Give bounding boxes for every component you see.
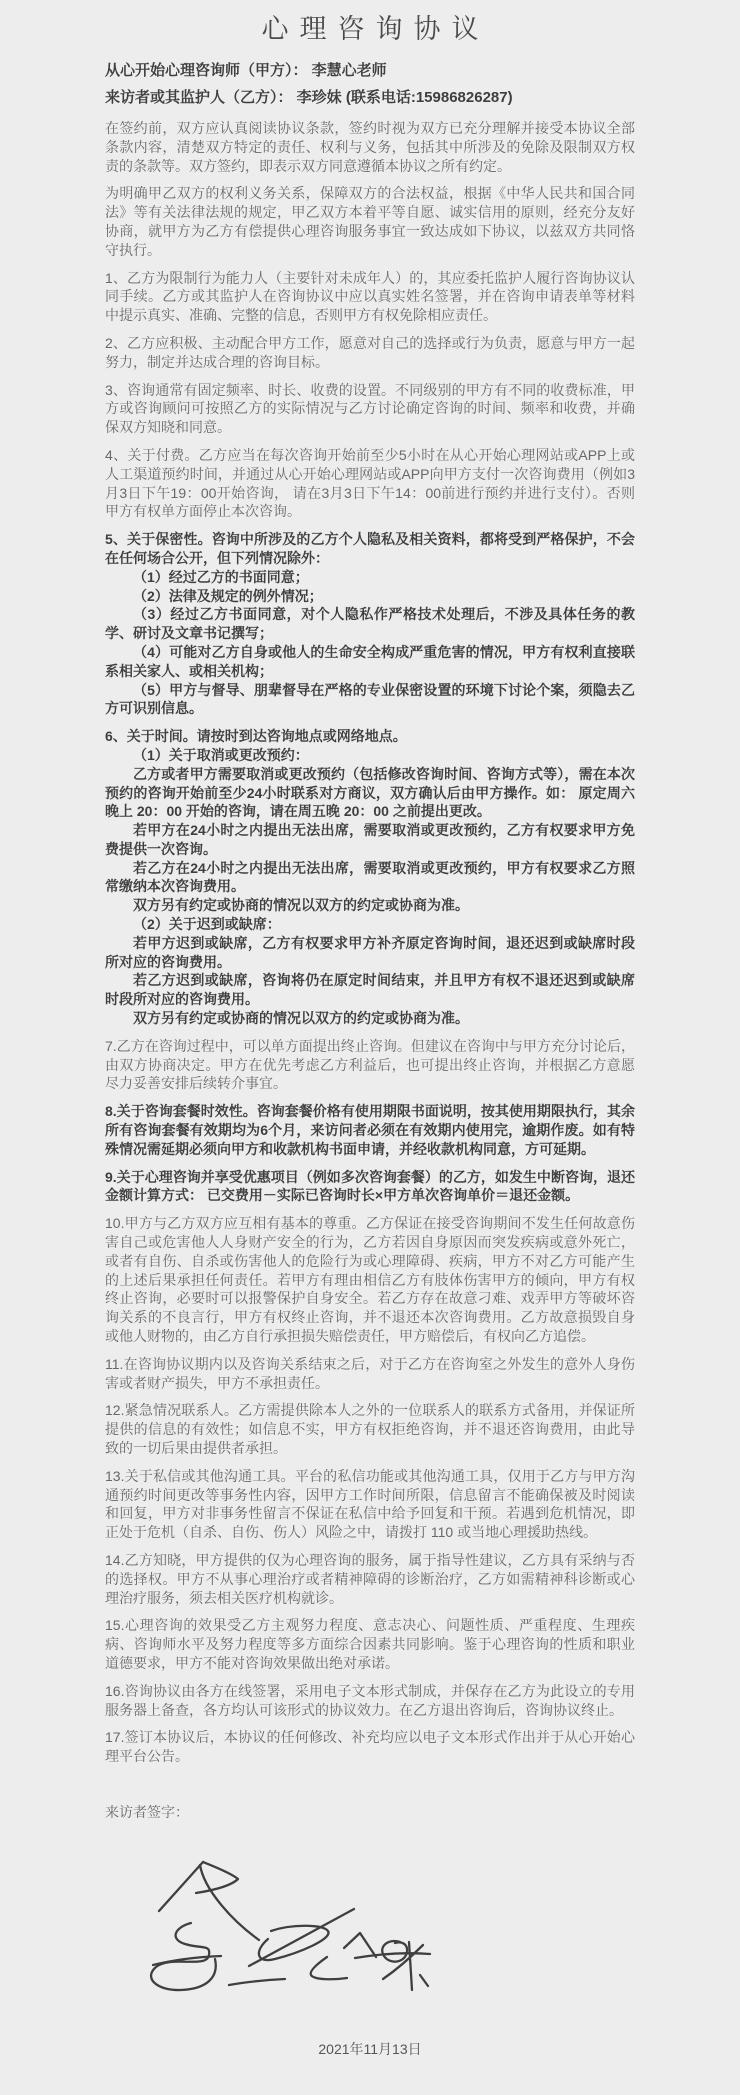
clause-paragraph: 若甲方在24小时之内提出无法出席，需要取消或更改预约，乙方有权要求甲方免费提供一… xyxy=(105,821,635,859)
agreement-body: 从心开始心理咨询师（甲方）： 李慧心老师 来访者或其监护人（乙方）： 李珍妹 (… xyxy=(105,60,635,2059)
clause-block: 1、乙方为限制行为能力人（主要针对未成年人）的，其应委托监护人履行咨询协议认同手… xyxy=(105,269,635,325)
clause-block: 16.咨询协议由各方在线签署，采用电子文本形式制成，并保存在乙方为此设立的专用服… xyxy=(105,1682,635,1720)
clause-paragraph: （1）关于取消或更改预约： xyxy=(105,746,635,765)
clause-paragraph: （4）可能对乙方自身或他人的生命安全构成严重危害的情况，甲方有权利直接联系相关家… xyxy=(105,643,635,681)
clause-block: 15.心理咨询的效果受乙方主观努力程度、意志决心、问题性质、严重程度、生理疾病、… xyxy=(105,1616,635,1672)
clause-block: 8.关于咨询套餐时效性。咨询套餐价格有使用期限书面说明，按其使用期限执行，其余所… xyxy=(105,1102,635,1158)
clause-block: 14.乙方知晓，甲方提供的仅为心理咨询的服务，属于指导性建议，乙方具有采纳与否的… xyxy=(105,1551,635,1607)
clause-paragraph: （5）甲方与督导、朋辈督导在严格的专业保密设置的环境下讨论个案，须隐去乙方可识别… xyxy=(105,681,635,719)
clause-paragraph: 3、咨询通常有固定频率、时长、收费的设置。不同级别的甲方有不同的收费标准，甲方或… xyxy=(105,381,635,437)
page-title: 心理咨询协议 xyxy=(0,0,740,45)
clause-paragraph: 7.乙方在咨询过程中，可以单方面提出终止咨询。但建议在咨询中与甲方充分讨论后，由… xyxy=(105,1037,635,1093)
visitor-signature-label: 来访者签字： xyxy=(105,1803,635,1822)
clause-block: 6、关于时间。请按时到达咨询地点或网络地点。（1）关于取消或更改预约：乙方或者甲… xyxy=(105,727,635,1028)
clause-paragraph: 11.在咨询协议期内以及咨询关系结束之后，对于乙方在咨询室之外发生的意外人身伤害… xyxy=(105,1355,635,1393)
clause-block: 10.甲方与乙方双方应互相有基本的尊重。乙方保证在接受咨询期间不发生任何故意伤害… xyxy=(105,1214,635,1346)
clause-paragraph: 16.咨询协议由各方在线签署，采用电子文本形式制成，并保存在乙方为此设立的专用服… xyxy=(105,1682,635,1720)
party-a-line: 从心开始心理咨询师（甲方）： 李慧心老师 xyxy=(105,60,635,81)
clause-block: 7.乙方在咨询过程中，可以单方面提出终止咨询。但建议在咨询中与甲方充分讨论后，由… xyxy=(105,1037,635,1093)
clauses: 在签约前，双方应认真阅读协议条款，签约时视为双方已充分理解并接受本协议全部条款内… xyxy=(105,119,635,1766)
clause-paragraph: 5、关于保密性。咨询中所涉及的乙方个人隐私及相关资料，都将受到严格保护，不会在任… xyxy=(105,530,635,568)
signature-date: 2021年11月13日 xyxy=(105,2039,635,2059)
clause-paragraph: 4、关于付费。乙方应当在每次咨询开始前至少5小时在从心开始心理网站或APP上或人… xyxy=(105,446,635,521)
clause-paragraph: 10.甲方与乙方双方应互相有基本的尊重。乙方保证在接受咨询期间不发生任何故意伤害… xyxy=(105,1214,635,1346)
clause-block: 为明确甲乙双方的权利义务关系，保障双方的合法权益，根据《中华人民共和国合同法》等… xyxy=(105,184,635,259)
clause-block: 9.关于心理咨询并享受优惠项目（例如多次咨询套餐）的乙方，如发生中断咨询，退还金… xyxy=(105,1168,635,1206)
clause-paragraph: 15.心理咨询的效果受乙方主观努力程度、意志决心、问题性质、严重程度、生理疾病、… xyxy=(105,1616,635,1672)
visitor-signature xyxy=(141,1847,461,2015)
clause-paragraph: 在签约前，双方应认真阅读协议条款，签约时视为双方已充分理解并接受本协议全部条款内… xyxy=(105,119,635,175)
clause-paragraph: （3）经过乙方书面同意，对个人隐私作严格技术处理后，不涉及具体任务的教学、研讨及… xyxy=(105,605,635,643)
clause-block: 4、关于付费。乙方应当在每次咨询开始前至少5小时在从心开始心理网站或APP上或人… xyxy=(105,446,635,521)
clause-paragraph: （2）关于迟到或缺席： xyxy=(105,915,635,934)
clause-block: 13.关于私信或其他沟通工具。平台的私信功能或其他沟通工具，仅用于乙方与甲方沟通… xyxy=(105,1467,635,1542)
clause-paragraph: 13.关于私信或其他沟通工具。平台的私信功能或其他沟通工具，仅用于乙方与甲方沟通… xyxy=(105,1467,635,1542)
clause-paragraph: 12.紧急情况联系人。乙方需提供除本人之外的一位联系人的联系方式备用，并保证所提… xyxy=(105,1401,635,1457)
clause-block: 17.签订本协议后，本协议的任何修改、补充均应以电子文本形式作出并于从心开始心理… xyxy=(105,1728,635,1766)
clause-paragraph: 17.签订本协议后，本协议的任何修改、补充均应以电子文本形式作出并于从心开始心理… xyxy=(105,1728,635,1766)
clause-paragraph: 双方另有约定或协商的情况以双方的约定或协商为准。 xyxy=(105,896,635,915)
clause-paragraph: 8.关于咨询套餐时效性。咨询套餐价格有使用期限书面说明，按其使用期限执行，其余所… xyxy=(105,1102,635,1158)
clause-paragraph: 为明确甲乙双方的权利义务关系，保障双方的合法权益，根据《中华人民共和国合同法》等… xyxy=(105,184,635,259)
clause-paragraph: 6、关于时间。请按时到达咨询地点或网络地点。 xyxy=(105,727,635,746)
clause-paragraph: （2）法律及规定的例外情况； xyxy=(105,587,635,606)
clause-paragraph: 双方另有约定或协商的情况以双方的约定或协商为准。 xyxy=(105,1009,635,1028)
clause-block: 12.紧急情况联系人。乙方需提供除本人之外的一位联系人的联系方式备用，并保证所提… xyxy=(105,1401,635,1457)
clause-paragraph: 若乙方迟到或缺席，咨询将仍在原定时间结束，并且甲方有权不退还迟到或缺席时段所对应… xyxy=(105,971,635,1009)
clause-paragraph: 14.乙方知晓，甲方提供的仅为心理咨询的服务，属于指导性建议，乙方具有采纳与否的… xyxy=(105,1551,635,1607)
party-b-line: 来访者或其监护人（乙方）： 李珍妹 (联系电话:15986826287) xyxy=(105,87,635,108)
clause-block: 5、关于保密性。咨询中所涉及的乙方个人隐私及相关资料，都将受到严格保护，不会在任… xyxy=(105,530,635,718)
clause-paragraph: 9.关于心理咨询并享受优惠项目（例如多次咨询套餐）的乙方，如发生中断咨询，退还金… xyxy=(105,1168,635,1206)
clause-block: 3、咨询通常有固定频率、时长、收费的设置。不同级别的甲方有不同的收费标准，甲方或… xyxy=(105,381,635,437)
clause-paragraph: （1）经过乙方的书面同意； xyxy=(105,568,635,587)
clause-paragraph: 乙方或者甲方需要取消或更改预约（包括修改咨询时间、咨询方式等），需在本次预约的咨… xyxy=(105,765,635,821)
clause-paragraph: 若乙方在24小时之内提出无法出席，需要取消或更改预约，甲方有权要求乙方照常缴纳本… xyxy=(105,859,635,897)
clause-paragraph: 若甲方迟到或缺席，乙方有权要求甲方补齐原定咨询时间，退还迟到或缺席时段所对应的咨… xyxy=(105,934,635,972)
signature-ink-icon xyxy=(141,1847,461,2015)
clause-paragraph: 2、乙方应积极、主动配合甲方工作，愿意对自己的选择或行为负责，愿意与甲方一起努力… xyxy=(105,334,635,372)
clause-block: 在签约前，双方应认真阅读协议条款，签约时视为双方已充分理解并接受本协议全部条款内… xyxy=(105,119,635,175)
clause-block: 11.在咨询协议期内以及咨询关系结束之后，对于乙方在咨询室之外发生的意外人身伤害… xyxy=(105,1355,635,1393)
agreement-page: 心理咨询协议 从心开始心理咨询师（甲方）： 李慧心老师 来访者或其监护人（乙方）… xyxy=(0,0,740,2095)
clause-block: 2、乙方应积极、主动配合甲方工作，愿意对自己的选择或行为负责，愿意与甲方一起努力… xyxy=(105,334,635,372)
clause-paragraph: 1、乙方为限制行为能力人（主要针对未成年人）的，其应委托监护人履行咨询协议认同手… xyxy=(105,269,635,325)
